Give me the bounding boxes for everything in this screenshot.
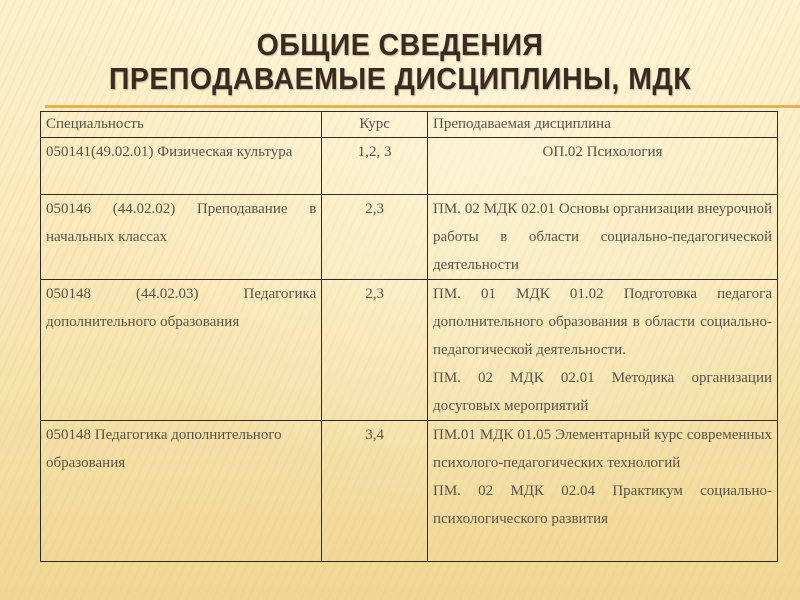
cell-specialty: 050146 (44.02.02) Преподавание в начальн… <box>41 195 322 280</box>
cell-discipline: ОП.02 Психология <box>427 138 777 195</box>
table-row: 050148 Педагогика дополнительного образо… <box>41 421 778 562</box>
cell-course: 1,2, 3 <box>322 138 428 195</box>
cell-discipline: ПМ.01 МДК 01.05 Элементарный курс соврем… <box>427 421 777 562</box>
table-row: 050148 (44.02.03) Педагогика дополнитель… <box>41 280 778 421</box>
cell-discipline: ПМ. 02 МДК 02.01 Основы организации внеу… <box>427 195 777 280</box>
slide-title-line-1: ОБЩИЕ СВЕДЕНИЯ <box>32 28 768 62</box>
cell-discipline: ПМ. 01 МДК 01.02 Подготовка педагога доп… <box>427 280 777 421</box>
cell-course: 2,3 <box>322 195 428 280</box>
table-header-row: Специальность Курс Преподаваемая дисципл… <box>41 112 778 138</box>
cell-course: 3,4 <box>322 421 428 562</box>
header-course: Курс <box>322 112 428 138</box>
table-row: 050141(49.02.01) Физическая культура 1,2… <box>41 138 778 195</box>
title-underline <box>45 105 800 108</box>
header-specialty: Специальность <box>41 112 322 138</box>
slide-title: ОБЩИЕ СВЕДЕНИЯ ПРЕПОДАВАЕМЫЕ ДИСЦИПЛИНЫ,… <box>32 28 768 96</box>
cell-specialty: 050148 (44.02.03) Педагогика дополнитель… <box>41 280 322 421</box>
cell-course: 2,3 <box>322 280 428 421</box>
disciplines-table: Специальность Курс Преподаваемая дисципл… <box>40 111 778 562</box>
header-discipline: Преподаваемая дисциплина <box>427 112 777 138</box>
cell-specialty: 050148 Педагогика дополнительного образо… <box>41 421 322 562</box>
cell-specialty: 050141(49.02.01) Физическая культура <box>41 138 322 195</box>
slide-title-line-2: ПРЕПОДАВАЕМЫЕ ДИСЦИПЛИНЫ, МДК <box>32 62 768 96</box>
table-row: 050146 (44.02.02) Преподавание в начальн… <box>41 195 778 280</box>
